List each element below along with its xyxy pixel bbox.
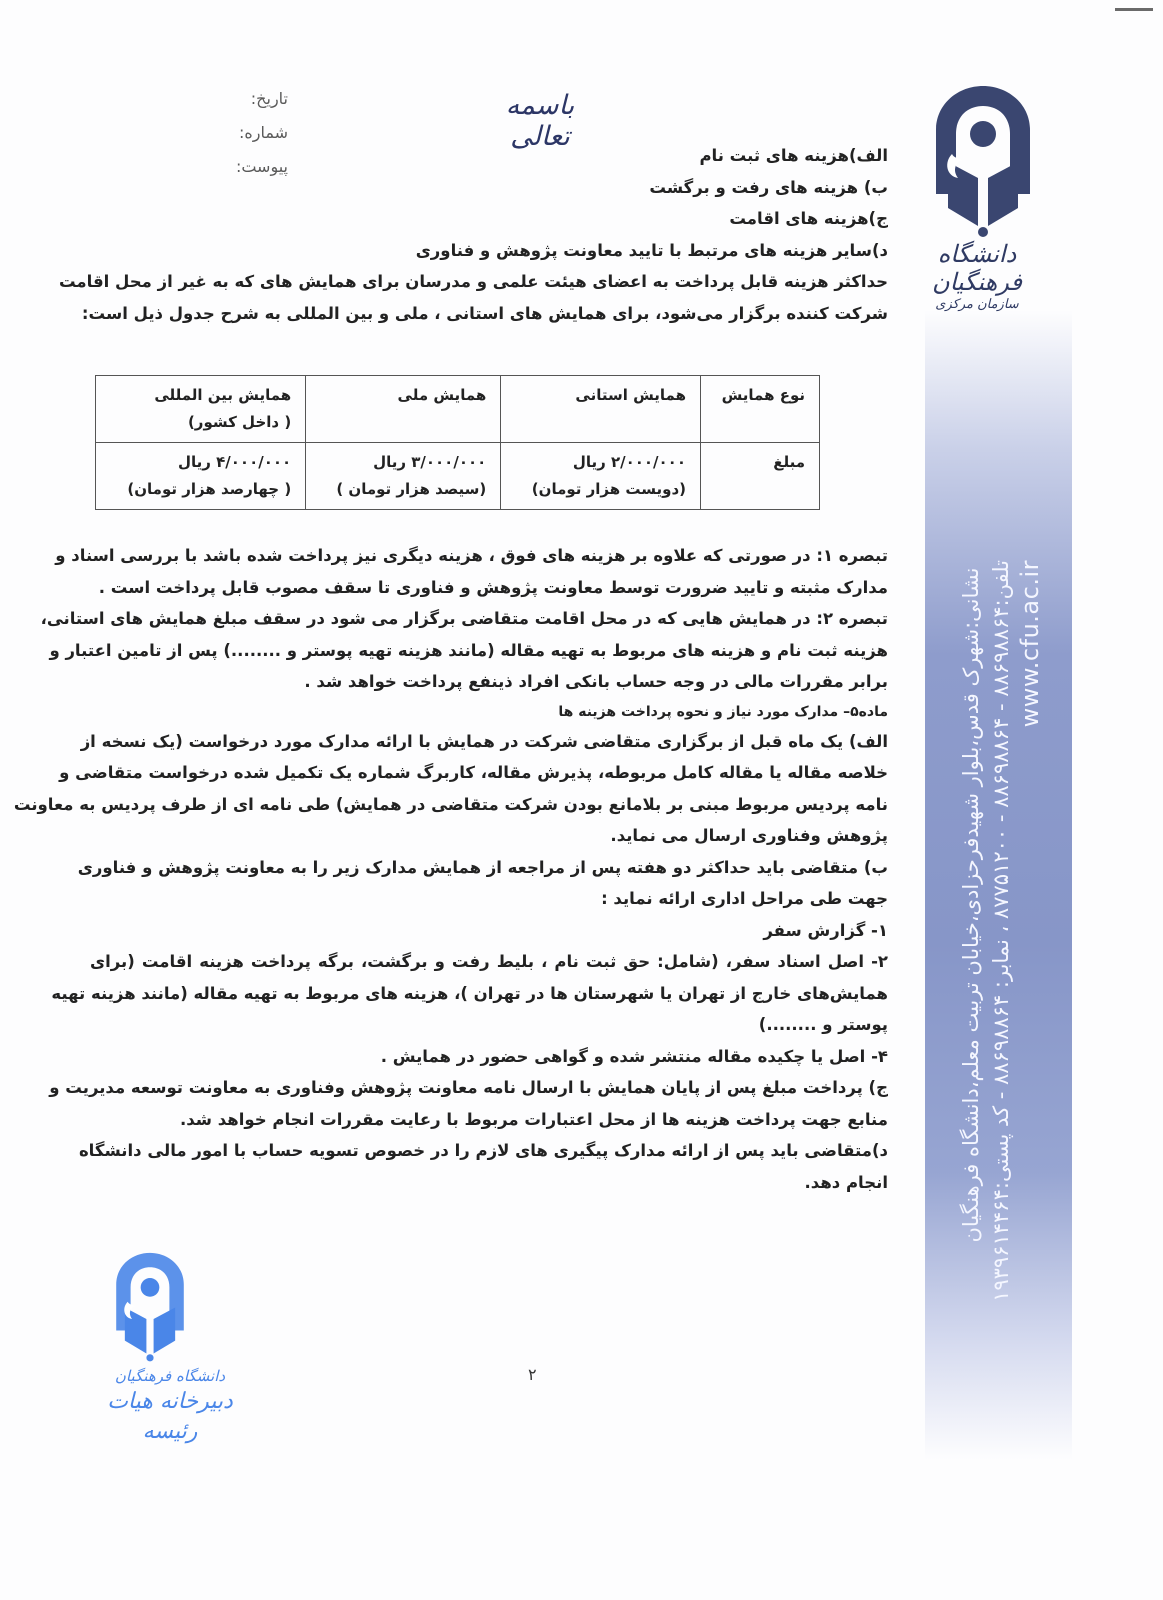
article-line: پوستر و ........) — [90, 1009, 888, 1041]
stamp-logo-icon — [110, 1250, 190, 1365]
international-words: ( چهارصد هزار تومان) — [110, 476, 291, 503]
date-label: تاریخ: — [200, 82, 288, 116]
header-international-note: ( داخل کشور) — [110, 409, 291, 436]
national-amount: ۳/۰۰۰/۰۰۰ ریال — [320, 449, 486, 476]
article-line: پژوهش وفناوری ارسال می نماید. — [90, 820, 888, 852]
article-line: همایش‌های خارج از تهران یا شهرستان ها در… — [90, 978, 888, 1010]
document-page: نشانی:شهرک قدس،بلوار شهیدفرحزادی،خیابان … — [0, 0, 1163, 1600]
contact-numbers: تلفن:۸۸۶۹۸۸۶۴ - ۸۸۶۹۸۸۶۴ - ۸۷۷۵۱۲۰۰ ، نم… — [986, 560, 1016, 1250]
cost-item: ب) هزینه های رفت و برگشت — [90, 172, 888, 204]
cost-item: الف)هزینه های ثبت نام — [90, 140, 888, 172]
stamp-org: دانشگاه فرهنگیان — [100, 1365, 240, 1387]
logo-caption: دانشگاه فرهنگیان سازمان مرکزی — [912, 240, 1042, 314]
national-words: (سیصد هزار تومان ) — [320, 476, 486, 503]
article-line: ۲- اصل اسناد سفر، (شامل: حق ثبت نام ، بل… — [90, 946, 888, 978]
article-line: د)متقاضی باید پس از ارائه مدارک پیگیری ه… — [90, 1135, 888, 1167]
intro-line: شرکت کننده برگزار می‌شود، برای همایش های… — [90, 298, 888, 330]
article-line: انجام دهد. — [90, 1167, 888, 1199]
international-amount-cell: ۴/۰۰۰/۰۰۰ ریال ( چهارصد هزار تومان) — [96, 443, 306, 510]
address-text: نشانی:شهرک قدس،بلوار شهیدفرحزادی،خیابان … — [956, 560, 986, 1250]
cost-item: د)سایر هزینه های مرتبط با تایید معاونت پ… — [90, 235, 888, 267]
article-line: ۱- گزارش سفر — [90, 915, 888, 947]
header-international-label: همایش بین المللی — [110, 382, 291, 409]
stamp-caption: دانشگاه فرهنگیان دبیرخانه هیات رئیسه — [100, 1365, 240, 1447]
header-provincial: همایش استانی — [501, 376, 701, 443]
university-logo-icon — [928, 82, 1038, 242]
article-line: الف) یک ماه قبل از برگزاری متقاضی شرکت د… — [90, 726, 888, 758]
scan-artifact-line — [1115, 8, 1153, 11]
letterhead-contact-block: نشانی:شهرک قدس،بلوار شهیدفرحزادی،خیابان … — [940, 560, 1060, 1250]
header-international: همایش بین المللی ( داخل کشور) — [96, 376, 306, 443]
cost-item: ج)هزینه های اقامت — [90, 203, 888, 235]
header-national: همایش ملی — [306, 376, 501, 443]
note-line: برابر مقررات مالی در وجه حساب بانکی افرا… — [90, 666, 888, 698]
national-amount-cell: ۳/۰۰۰/۰۰۰ ریال (سیصد هزار تومان ) — [306, 443, 501, 510]
header-type: نوع همایش — [701, 376, 820, 443]
article5-title: ماده۵– مدارک مورد نیاز و نحوه پرداخت هزی… — [90, 698, 888, 726]
article-line: خلاصه مقاله یا مقاله کامل مربوطه، پذیرش … — [90, 757, 888, 789]
note-line: تبصره ۲: در همایش هایی که در محل اقامت م… — [90, 603, 888, 635]
table-row: مبلغ ۲/۰۰۰/۰۰۰ ریال (دویست هزار تومان) ۳… — [96, 443, 820, 510]
intro-line: حداکثر هزینه قابل پرداخت به اعضای هیئت ع… — [90, 266, 888, 298]
article-line: ج) پرداخت مبلغ پس از پایان همایش با ارسا… — [90, 1072, 888, 1104]
notes-and-article: تبصره ۱: در صورتی که علاوه بر هزینه های … — [90, 540, 888, 1198]
fee-table: نوع همایش همایش استانی همایش ملی همایش ب… — [95, 375, 820, 510]
article-line: نامه پردیس مربوط مبنی بر بلامانع بودن شر… — [90, 789, 888, 821]
stamp-unit: دبیرخانه هیات رئیسه — [100, 1387, 240, 1447]
note-line: هزینه ثبت نام و هزینه های مربوط به تهیه … — [90, 635, 888, 667]
website-link[interactable]: www.cfu.ac.ir — [1016, 560, 1044, 1250]
article-line: منابع جهت پرداخت هزینه ها از محل اعتبارا… — [90, 1104, 888, 1136]
cost-section: الف)هزینه های ثبت نام ب) هزینه های رفت و… — [90, 140, 888, 329]
international-amount: ۴/۰۰۰/۰۰۰ ریال — [110, 449, 291, 476]
article-line: ب) متقاضی باید حداکثر دو هفته پس از مراج… — [90, 852, 888, 884]
provincial-words: (دویست هزار تومان) — [515, 476, 686, 503]
article-line: جهت طی مراحل اداری ارائه نماید : — [90, 883, 888, 915]
article-line: ۴- اصل یا چکیده مقاله منتشر شده و گواهی … — [90, 1041, 888, 1073]
university-name: دانشگاه فرهنگیان — [912, 240, 1042, 296]
page-number: ۲ — [528, 1365, 537, 1384]
note-line: تبصره ۱: در صورتی که علاوه بر هزینه های … — [90, 540, 888, 572]
table-header-row: نوع همایش همایش استانی همایش ملی همایش ب… — [96, 376, 820, 443]
org-unit: سازمان مرکزی — [912, 296, 1042, 314]
note-line: مدارک مثبته و تایید ضرورت توسط معاونت پژ… — [90, 572, 888, 604]
provincial-amount: ۲/۰۰۰/۰۰۰ ریال — [515, 449, 686, 476]
provincial-amount-cell: ۲/۰۰۰/۰۰۰ ریال (دویست هزار تومان) — [501, 443, 701, 510]
row-label: مبلغ — [701, 443, 820, 510]
